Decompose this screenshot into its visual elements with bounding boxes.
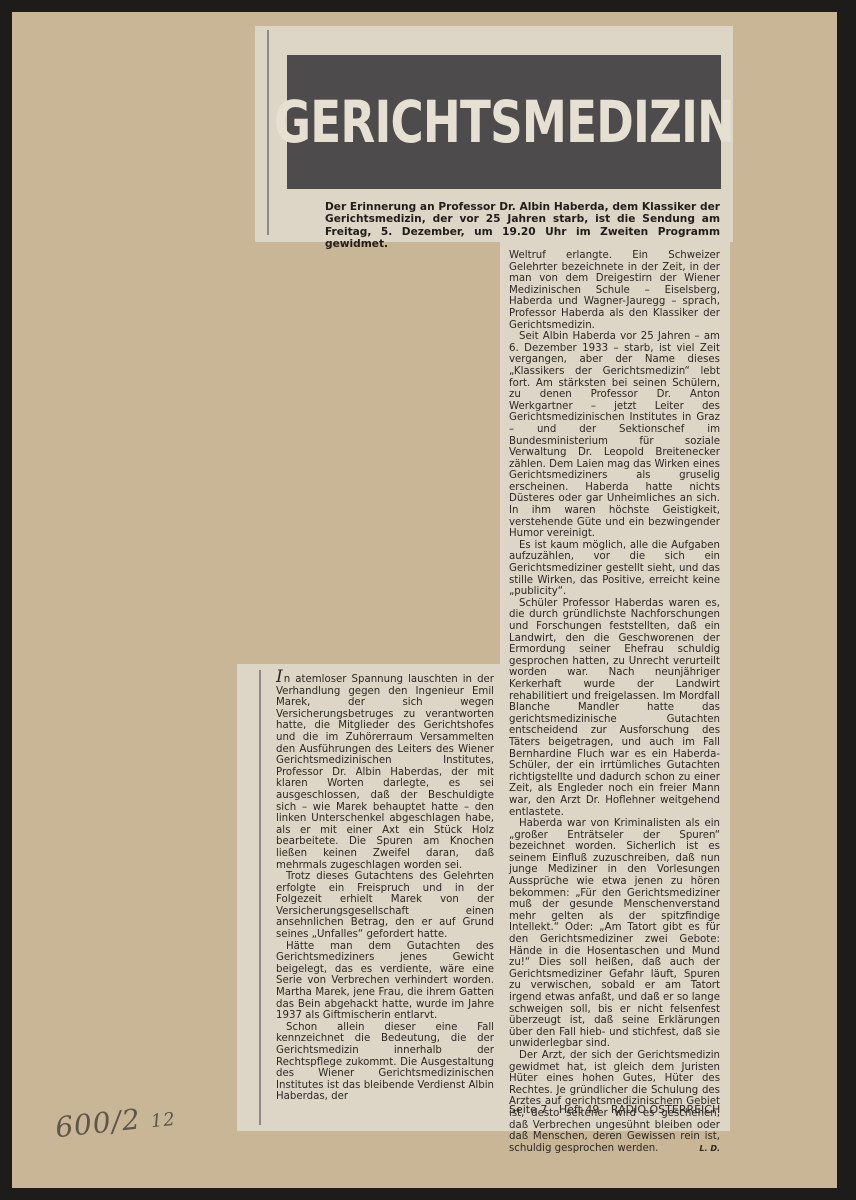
- right-column: Weltruf erlangte. Ein Schweizer Gelehrte…: [509, 250, 720, 1154]
- left-column: In atemloser Spannung lauschten in der V…: [276, 672, 494, 1103]
- paragraph: Haberda war von Kriminalisten als ein „g…: [509, 818, 720, 1050]
- publication-name: RADIO ÖSTERREICH: [611, 1103, 720, 1116]
- margin-rule: [267, 30, 269, 235]
- paragraph: Es ist kaum möglich, alle die Aufgaben a…: [509, 540, 720, 598]
- drop-cap: I: [276, 667, 283, 687]
- page-footer: Seite 7 Heft 49 RADIO ÖSTERREICH: [509, 1103, 724, 1116]
- paragraph: Schon allein dieser eine Fall kennzeichn…: [276, 1022, 494, 1103]
- paragraph: Hätte man dem Gutachten des Gerichtsmedi…: [276, 941, 494, 1022]
- headline: GERICHTSMEDIZIN: [274, 88, 734, 156]
- margin-rule: [259, 670, 261, 1125]
- paragraph: Schüler Professor Haberdas waren es, die…: [509, 598, 720, 818]
- headline-banner: GERICHTSMEDIZIN: [287, 55, 721, 189]
- paragraph-text: Der Arzt, der sich der Gerichtsmedizin g…: [509, 1050, 720, 1154]
- paragraph: Weltruf erlangte. Ein Schweizer Gelehrte…: [509, 250, 720, 331]
- paragraph: Seit Albin Haberda vor 25 Jahren – am 6.…: [509, 331, 720, 540]
- issue-number: Heft 49: [559, 1103, 600, 1116]
- lede-paragraph: Der Erinnerung an Professor Dr. Albin Ha…: [325, 201, 720, 250]
- page-number: Seite 7: [509, 1103, 547, 1116]
- paragraph-opening: In atemloser Spannung lauschten in der V…: [276, 672, 494, 871]
- archive-suffix: 12: [150, 1109, 177, 1132]
- paragraph: Trotz dieses Gutachtens des Gelehrten er…: [276, 871, 494, 941]
- author-signature: L. D.: [689, 1143, 720, 1155]
- paragraph-text: n atemloser Spannung lauschten in der Ve…: [276, 674, 494, 871]
